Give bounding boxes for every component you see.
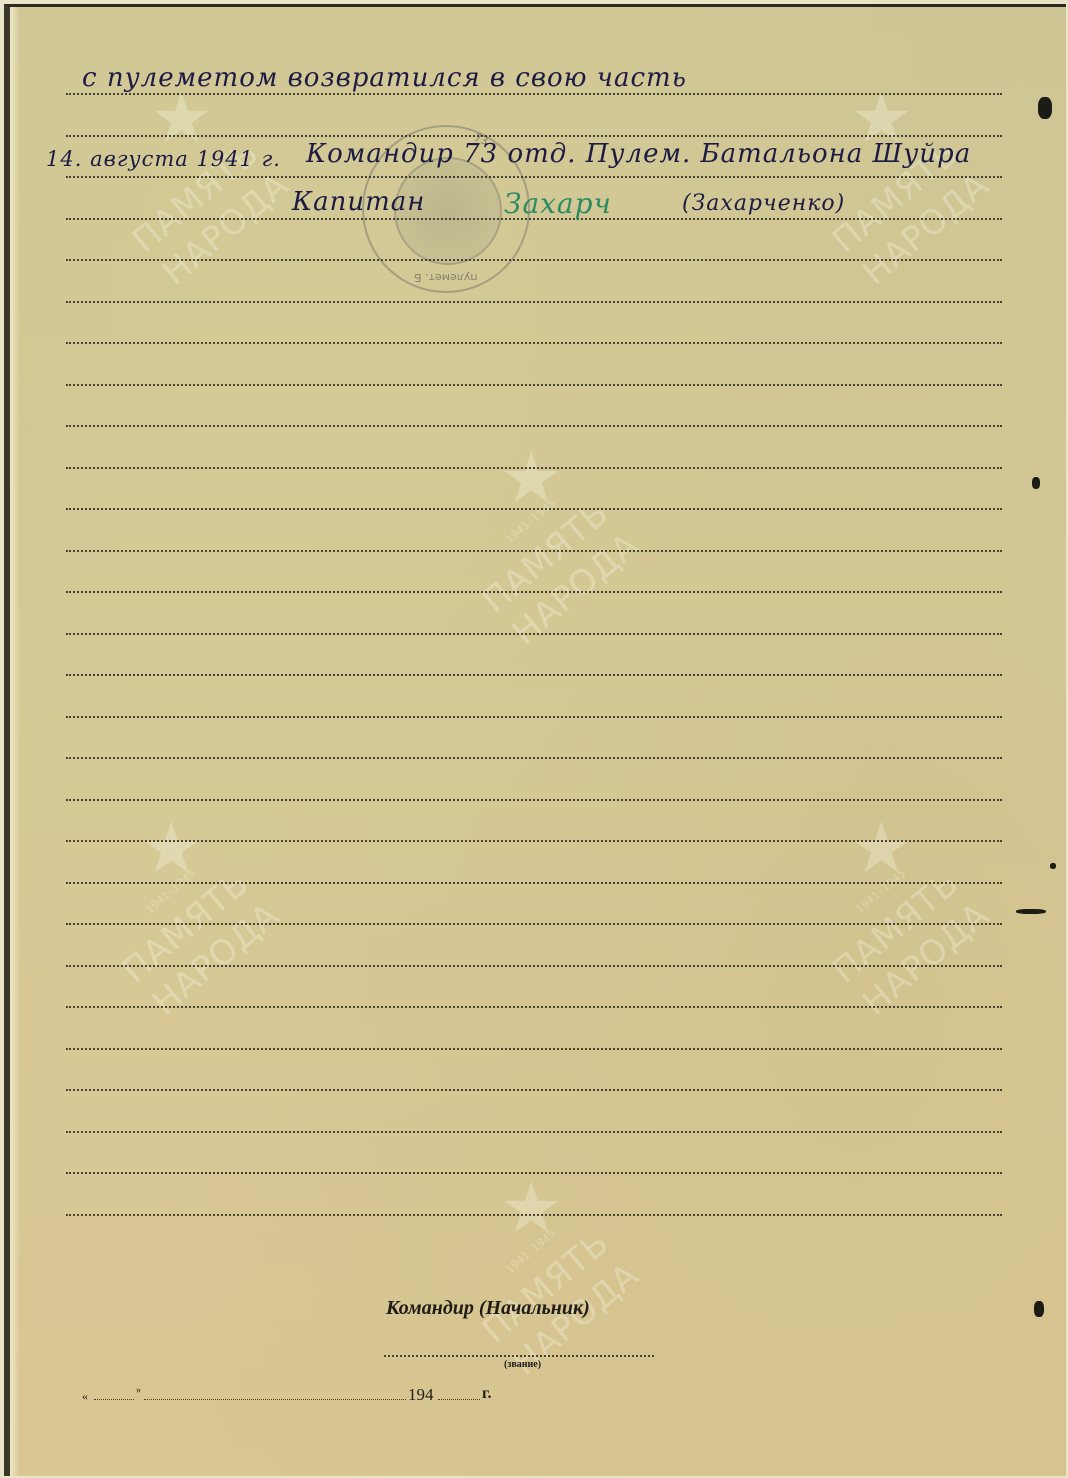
ruled-line [66,965,1002,967]
year-line [438,1399,480,1400]
ruled-line [66,1089,1002,1091]
ruled-line [66,1172,1002,1174]
rank-line [384,1355,654,1357]
watermark: ★ ПАМЯТЬ НАРОДА [810,77,1030,297]
document-page: ★ ПАМЯТЬ НАРОДА ★ ПАМЯТЬ НАРОДА ★ 1941–1… [4,4,1066,1476]
year-suffix: г. [482,1385,491,1403]
ruled-line [66,591,1002,593]
paper-damage [1050,863,1056,869]
ruled-line [66,259,1002,261]
ruled-line [66,1131,1002,1133]
ruled-line [66,840,1002,842]
paper-edge [10,7,20,1476]
ruled-line [66,384,1002,386]
handwritten-line-1: с пулеметом возвратился в свою часть [82,63,687,93]
ruled-line [66,425,1002,427]
day-line [94,1399,134,1400]
ruled-line [66,716,1002,718]
ruled-line [66,799,1002,801]
handwritten-rank: Капитан [292,187,425,217]
ruled-line [66,674,1002,676]
ruled-line [66,301,1002,303]
star-icon: ★ [500,437,563,519]
ruled-line [66,135,1002,137]
rank-caption: (звание) [504,1359,541,1370]
star-icon: ★ [850,807,913,889]
signer-title: Командир (Начальник) [386,1297,590,1320]
month-line [144,1399,406,1400]
ruled-line [66,757,1002,759]
ruled-line [66,1214,1002,1216]
star-icon: ★ [140,807,203,889]
date-quote-open: « [82,1389,88,1404]
paper-damage [1038,97,1052,119]
paper-damage [1032,477,1040,489]
watermark: ★ 1941–1945 ПАМЯТЬ НАРОДА [460,437,680,657]
ruled-line [66,93,1002,95]
paper-damage [1034,1301,1044,1317]
star-icon: ★ [500,1167,563,1249]
handwritten-date: 14. августа 1941 г. [46,147,281,171]
handwritten-name: (Захарченко) [682,191,845,216]
ruled-line [66,882,1002,884]
signature: Захарч [504,187,612,220]
ruled-line [66,176,1002,178]
date-quote-close: » [136,1385,141,1396]
paper-damage [1016,909,1046,914]
ruled-line [66,508,1002,510]
ruled-line [66,1006,1002,1008]
ruled-line [66,1048,1002,1050]
handwritten-commander: Командир 73 отд. Пулем. Батальона Шуйра [306,139,971,169]
ruled-line [66,342,1002,344]
ruled-line [66,550,1002,552]
ruled-line [66,467,1002,469]
year-prefix: 194 [408,1385,434,1405]
ruled-line [66,633,1002,635]
ruled-line [66,923,1002,925]
watermark: ★ 1941–1945 ПАМЯТЬ НАРОДА [460,1167,680,1387]
